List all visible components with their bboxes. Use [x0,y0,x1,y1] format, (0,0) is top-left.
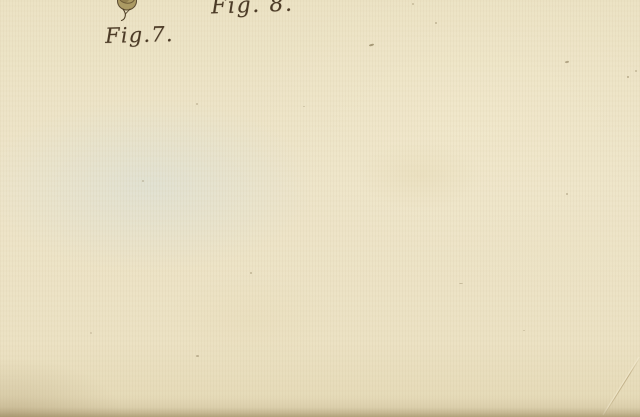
foxing-speck [303,106,305,107]
figure-7-label: Fig.7. [105,22,174,48]
foxing-speck [196,103,198,105]
figure-8-label: Fig. 8. [211,0,294,20]
paper-crease [604,357,640,415]
foxing-speck [566,193,568,195]
foxing-speck [250,272,252,274]
foxing-speck [142,180,144,182]
page-bottom-shadow [0,407,640,417]
laid-paper-texture [0,0,640,417]
foxing-speck [627,76,629,78]
foxing-speck [435,22,437,24]
antique-plate-page: Fig.7. Fig. 8. [0,0,640,417]
foxing-speck [635,70,637,72]
paper-mottling [0,0,640,417]
foxing-speck [459,283,463,284]
foxing-speck [523,330,525,331]
foxing-speck [369,43,374,46]
foxing-speck [565,61,569,64]
foxing-speck [412,3,414,5]
foxing-speck [196,355,199,357]
foxing-speck [90,332,92,334]
